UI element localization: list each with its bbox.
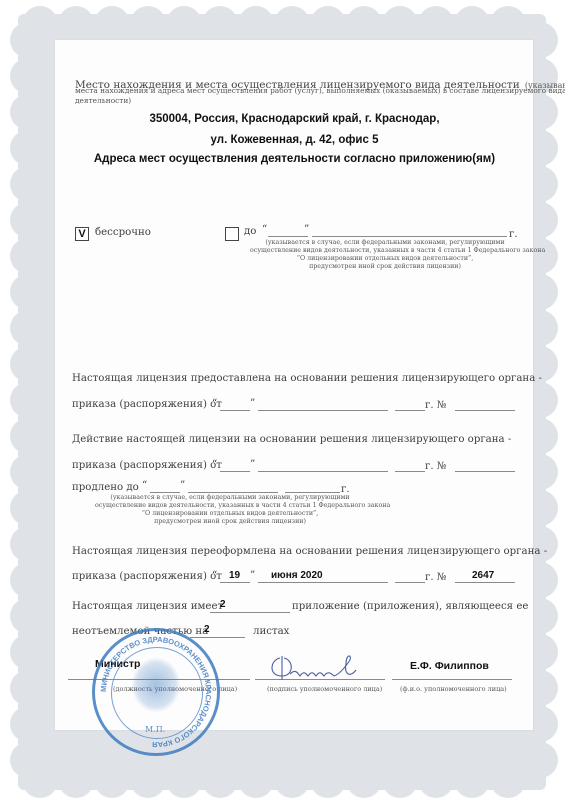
official-stamp: МИНИСТЕРСТВО ЗДРАВООХРАНЕНИЯ КРАСНОДАРСК…: [92, 628, 220, 756]
extension-month-year-field[interactable]: [258, 471, 388, 472]
grant-day-field[interactable]: [220, 410, 250, 411]
check-mark: V: [78, 228, 85, 240]
address-line-1: 350004, Россия, Краснодарский край, г. К…: [0, 113, 565, 125]
extended-day-field[interactable]: [150, 492, 180, 493]
until-close-quote: ”: [304, 224, 309, 235]
extension-day-field[interactable]: [220, 471, 250, 472]
until-date-field[interactable]: [312, 236, 507, 237]
until-open-quote: “: [262, 224, 267, 235]
extension-number-field[interactable]: [455, 471, 515, 472]
reissue-month-year-field[interactable]: [258, 582, 388, 583]
address-line-3: Адреса мест осуществления деятельности с…: [0, 153, 565, 165]
attachments-prefix: Настоящая лицензия имеет: [72, 601, 223, 612]
extension-line-2-prefix: приказа (распоряжения) от: [72, 460, 222, 471]
extended-month-field[interactable]: [188, 492, 278, 493]
grant-number-field[interactable]: [455, 410, 515, 411]
reissue-year-field[interactable]: [395, 582, 425, 583]
grant-line-2-prefix: приказа (распоряжения) от: [72, 399, 222, 410]
until-day-field[interactable]: [268, 236, 308, 237]
handwritten-signature: [260, 650, 385, 684]
until-checkbox[interactable]: [225, 227, 239, 241]
reissue-line-2-prefix: приказа (распоряжения) от: [72, 571, 222, 582]
grant-year-no: г. №: [425, 400, 446, 411]
extended-close-quote: ”: [180, 480, 185, 491]
attachments-sheets-suffix: листах: [253, 626, 289, 637]
extension-close-quote: ”: [250, 459, 255, 470]
grant-month-year-field[interactable]: [258, 410, 388, 411]
location-note-line3: деятельности): [75, 96, 131, 106]
reissue-line-1: Настоящая лицензия переоформлена на осно…: [72, 546, 547, 557]
unlimited-label: бессрочно: [95, 227, 151, 238]
stamp-ring-text: МИНИСТЕРСТВО ЗДРАВООХРАНЕНИЯ КРАСНОДАРСК…: [95, 631, 217, 753]
grant-open-quote: “: [212, 398, 217, 409]
reissue-day: 19: [229, 570, 240, 581]
extension-year-field[interactable]: [395, 471, 425, 472]
reissue-number-field[interactable]: [455, 582, 515, 583]
extension-year-no: г. №: [425, 461, 446, 472]
reissue-day-field[interactable]: [220, 582, 250, 583]
reissue-year-no: г. №: [425, 572, 446, 583]
unlimited-checkbox[interactable]: V: [75, 227, 89, 241]
extension-note: (указывается в случае, если федеральными…: [95, 494, 365, 526]
signature-caption: (подпись уполномоченного лица): [267, 685, 382, 693]
name-line: [392, 679, 512, 680]
grant-close-quote: ”: [250, 398, 255, 409]
reissue-number: 2647: [472, 570, 494, 581]
reissue-close-quote: ”: [250, 570, 255, 581]
signatory-name: Е.Ф. Филиппов: [410, 660, 489, 672]
extended-year-field[interactable]: [285, 492, 340, 493]
seal-label: М.П.: [145, 725, 165, 734]
until-label: до: [244, 226, 256, 237]
extended-open-quote: “: [142, 480, 147, 491]
location-note-line2: места нахождения и адреса мест осуществл…: [75, 86, 565, 96]
validity-note: (указывается в случае, если федеральными…: [250, 239, 520, 271]
grant-line-1: Настоящая лицензия предоставлена на осно…: [72, 373, 542, 384]
extended-until-label: продлено до: [72, 482, 139, 493]
grant-year-field[interactable]: [395, 410, 425, 411]
extension-open-quote: “: [212, 459, 217, 470]
reissue-month-year: июня 2020: [271, 570, 323, 581]
attachments-suffix: приложение (приложения), являющееся ее: [292, 601, 528, 612]
reissue-open-quote: “: [212, 570, 217, 581]
attachments-count-field[interactable]: [210, 612, 290, 613]
name-caption: (ф.и.о. уполномоченного лица): [400, 685, 507, 693]
attachments-count: 2: [220, 599, 226, 610]
extension-line-1: Действие настоящей лицензии на основании…: [72, 434, 511, 445]
address-line-2: ул. Кожевенная, д. 42, офис 5: [0, 134, 565, 146]
